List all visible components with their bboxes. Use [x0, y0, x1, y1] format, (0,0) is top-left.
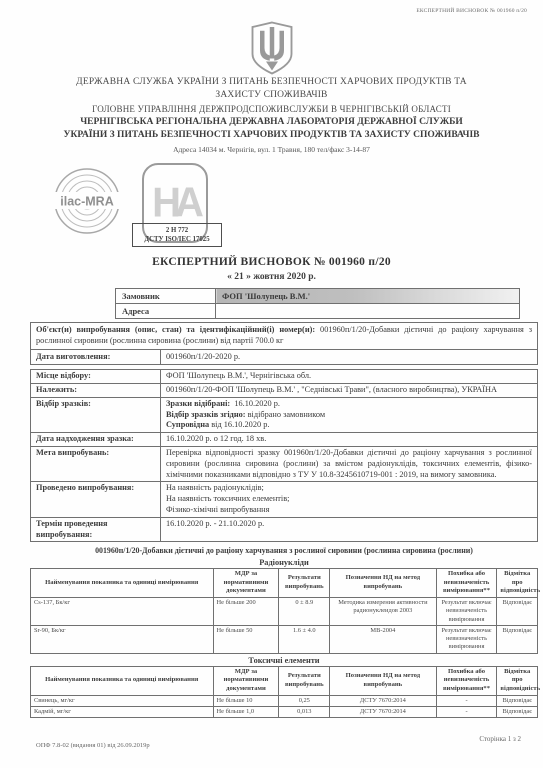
manufacture-date-value: 001960п/1/20-2020 р.: [161, 349, 538, 365]
org-line-4: ЧЕРНІГІВСЬКА РЕГІОНАЛЬНА ДЕРЖАВНА ЛАБОРА…: [0, 116, 543, 129]
sampling-line-1-text: 16.10.2020 р.: [234, 399, 280, 408]
accreditation-certificate-box: 2 Н 772 ДСТУ ISO/ІЕС 17025: [132, 223, 222, 247]
table-row: Дата виготовлення: 001960п/1/20-2020 р.: [31, 349, 538, 365]
sampling-line-3: Супровідна від 16.10.2020 р.: [166, 420, 532, 431]
radionuclides-results-table: Найменування показника та одиниці вимірю…: [30, 568, 538, 654]
method-cell: МВ-2004: [330, 625, 436, 653]
table-row: Проведено випробування: На наявність рад…: [31, 482, 538, 517]
column-header-uncertainty: Похибка або невизначеність вимірювання**: [436, 569, 497, 598]
sample-info-table: Місце відбору: ФОП 'Шолупець В.М.', Черн…: [30, 369, 538, 542]
column-header-result: Результати випробувань: [279, 569, 330, 598]
conformity-cell: Відповідає: [497, 706, 538, 717]
parameter-cell: Sr-90, Бк/кг: [31, 625, 214, 653]
result-cell: 0 ± 8.9: [279, 597, 330, 625]
test-term-label: Термін проведення випробування:: [31, 517, 161, 542]
organization-header: ДЕРЖАВНА СЛУЖБА УКРАЇНИ З ПИТАНЬ БЕЗПЕЧН…: [0, 76, 543, 155]
client-table: Замовник ФОП 'Шолупець В.М.' Адреса: [115, 288, 520, 319]
parameter-cell: Кадмій, мг/кг: [31, 706, 214, 717]
result-cell: 0,25: [279, 695, 330, 706]
tests-performed-label: Проведено випробування:: [31, 482, 161, 517]
test-object-label: Об'єкт(и) випробування (опис, стан) та і…: [36, 325, 315, 334]
tests-line-1: На наявність радіонуклідів;: [166, 483, 532, 494]
column-header-uncertainty: Похибка або невизначеність вимірювання**: [436, 666, 497, 695]
owner-label: Належить:: [31, 384, 161, 398]
document-title: ЕКСПЕРТНИЙ ВИСНОВОК № 001960 п/20: [0, 256, 543, 268]
uncertainty-cell: Результат включає невизначеність вимірюв…: [436, 625, 497, 653]
uncertainty-cell: -: [436, 695, 497, 706]
results-sample-title: 001960п/1/20-Добавки дієтичні до раціону…: [30, 546, 538, 556]
parameter-cell: Cs-137, Бк/кг: [31, 597, 214, 625]
client-address-label: Адреса: [116, 304, 216, 319]
table-row: Місце відбору: ФОП 'Шолупець В.М.', Черн…: [31, 370, 538, 384]
tests-line-3: Фізико-хімічні випробування: [166, 505, 532, 516]
ukraine-trident-emblem-icon: [249, 21, 295, 80]
method-cell: ДСТУ 7670:2014: [330, 706, 436, 717]
customer-value: ФОП 'Шолупець В.М.': [216, 289, 520, 304]
result-cell: 0,013: [279, 706, 330, 717]
customer-label: Замовник: [116, 289, 216, 304]
client-address-value: [216, 304, 520, 319]
result-cell: 1.6 ± 4.0: [279, 625, 330, 653]
test-term-value: 16.10.2020 р. - 21.10.2020 р.: [161, 517, 538, 542]
table-row: Належить: 001960п/1/20-ФОП 'Шолупець В.М…: [31, 384, 538, 398]
conformity-cell: Відповідає: [497, 625, 538, 653]
radionuclides-section-title: Радіонукліди: [30, 558, 538, 567]
method-cell: ДСТУ 7670:2014: [330, 695, 436, 706]
table-row: Замовник ФОП 'Шолупець В.М.': [116, 289, 520, 304]
table-row: Об'єкт(и) випробування (опис, стан) та і…: [31, 323, 538, 350]
org-line-3: ГОЛОВНЕ УПРАВЛІННЯ ДЕРЖПРОДСПОЖИВСЛУЖБИ …: [0, 103, 543, 116]
sampling-line-2-label: Відбір зразків згідно:: [166, 410, 246, 419]
conformity-cell: Відповідає: [497, 597, 538, 625]
sampling-line-2: Відбір зразків згідно: відібрано замовни…: [166, 410, 532, 421]
table-row: Кадмій, мг/кг Не більше 1,0 0,013 ДСТУ 7…: [31, 706, 538, 717]
org-line-5: УКРАЇНИ З ПИТАНЬ БЕЗПЕЧНОСТІ ХАРЧОВИХ ПР…: [0, 129, 543, 142]
limit-cell: Не більше 200: [213, 597, 279, 625]
page-reference-header: ЕКСПЕРТНИЙ ВИСНОВОК № 001960 п/20: [416, 8, 527, 14]
sampling-place-value: ФОП 'Шолупець В.М.', Чернігівська обл.: [161, 370, 538, 384]
column-header-method: Позначення НД на метод випробувань: [330, 569, 436, 598]
column-header-parameter: Найменування показника та одиниці вимірю…: [31, 666, 214, 695]
sampling-line-3-label: Супровідна: [166, 420, 209, 429]
table-header-row: Найменування показника та одиниці вимірю…: [31, 569, 538, 598]
org-line-1: ДЕРЖАВНА СЛУЖБА УКРАЇНИ З ПИТАНЬ БЕЗПЕЧН…: [0, 76, 543, 89]
form-reference: ОПФ 7.8-02 (видання 01) від 26.09.2019р: [36, 742, 150, 749]
limit-cell: Не більше 1,0: [213, 706, 279, 717]
test-purpose-value: Перевірка відповідності зразку 001960п/1…: [161, 447, 538, 482]
test-object-cell: Об'єкт(и) випробування (опис, стан) та і…: [31, 323, 538, 350]
accreditation-standard: ДСТУ ISO/ІЕС 17025: [135, 235, 219, 244]
received-date-label: Дата надходження зразка:: [31, 433, 161, 447]
limit-cell: Не більше 50: [213, 625, 279, 653]
org-line-2: ЗАХИСТУ СПОЖИВАЧІВ: [0, 89, 543, 102]
column-header-parameter: Найменування показника та одиниці вимірю…: [31, 569, 214, 598]
column-header-limit: МДР за нормативними документами: [213, 666, 279, 695]
naau-logo-letters: НА: [152, 179, 198, 226]
uncertainty-cell: -: [436, 706, 497, 717]
page-number: Сторінка 1 з 2: [479, 735, 521, 743]
tests-performed-value: На наявність радіонуклідів; На наявність…: [161, 482, 538, 517]
table-row: Мета випробувань: Перевірка відповідност…: [31, 447, 538, 482]
column-header-conformity: Відмітка про відповідність: [497, 666, 538, 695]
manufacture-date-label: Дата виготовлення:: [31, 349, 161, 365]
table-row: Відбір зразків: Зразки відібрані: 16.10.…: [31, 397, 538, 432]
table-row: Дата надходження зразка: 16.10.2020 р. о…: [31, 433, 538, 447]
test-object-table: Об'єкт(и) випробування (опис, стан) та і…: [30, 322, 538, 365]
sampling-label: Відбір зразків:: [31, 397, 161, 432]
received-date-value: 16.10.2020 р. о 12 год. 18 хв.: [161, 433, 538, 447]
tests-line-2: На наявність токсичних елементів;: [166, 494, 532, 505]
owner-value: 001960п/1/20-ФОП 'Шолупець В.М.' , "Седн…: [161, 384, 538, 398]
column-header-result: Результати випробувань: [279, 666, 330, 695]
accreditation-number: 2 Н 772: [135, 226, 219, 235]
ilac-mra-logo-icon: ilac-MRA: [52, 166, 122, 241]
column-header-method: Позначення НД на метод випробувань: [330, 666, 436, 695]
table-row: Cs-137, Бк/кг Не більше 200 0 ± 8.9 Мето…: [31, 597, 538, 625]
table-row: Sr-90, Бк/кг Не більше 50 1.6 ± 4.0 МВ-2…: [31, 625, 538, 653]
document-body: Замовник ФОП 'Шолупець В.М.' Адреса Об'є…: [30, 288, 538, 718]
test-purpose-label: Мета випробувань:: [31, 447, 161, 482]
column-header-conformity: Відмітка про відповідність: [497, 569, 538, 598]
uncertainty-cell: Результат включає невизначеність вимірюв…: [436, 597, 497, 625]
sampling-line-3-text: від 16.10.2020 р.: [211, 420, 269, 429]
svg-text:ilac-MRA: ilac-MRA: [60, 195, 113, 209]
conformity-cell: Відповідає: [497, 695, 538, 706]
expert-conclusion-document: ЕКСПЕРТНИЙ ВИСНОВОК № 001960 п/20 ДЕРЖАВ…: [0, 0, 543, 768]
toxic-elements-results-table: Найменування показника та одиниці вимірю…: [30, 666, 538, 718]
sampling-place-label: Місце відбору:: [31, 370, 161, 384]
sampling-line-2-text: відібрано замовником: [248, 410, 325, 419]
table-row: Термін проведення випробування: 16.10.20…: [31, 517, 538, 542]
sampling-line-1: Зразки відібрані: 16.10.2020 р.: [166, 399, 532, 410]
method-cell: Методика измерения активности радионукле…: [330, 597, 436, 625]
table-row: Свинець, мг/кг Не більше 10 0,25 ДСТУ 76…: [31, 695, 538, 706]
toxic-elements-section-title: Токсичні елементи: [30, 656, 538, 665]
sampling-line-1-label: Зразки відібрані:: [166, 399, 230, 408]
table-row: Адреса: [116, 304, 520, 319]
table-header-row: Найменування показника та одиниці вимірю…: [31, 666, 538, 695]
sampling-value: Зразки відібрані: 16.10.2020 р. Відбір з…: [161, 397, 538, 432]
limit-cell: Не більше 10: [213, 695, 279, 706]
org-address-line: Адреса 14034 м. Чернігів, вул. 1 Травня,…: [0, 145, 543, 156]
column-header-limit: МДР за нормативними документами: [213, 569, 279, 598]
parameter-cell: Свинець, мг/кг: [31, 695, 214, 706]
document-date: « 21 » жовтня 2020 р.: [0, 272, 543, 282]
